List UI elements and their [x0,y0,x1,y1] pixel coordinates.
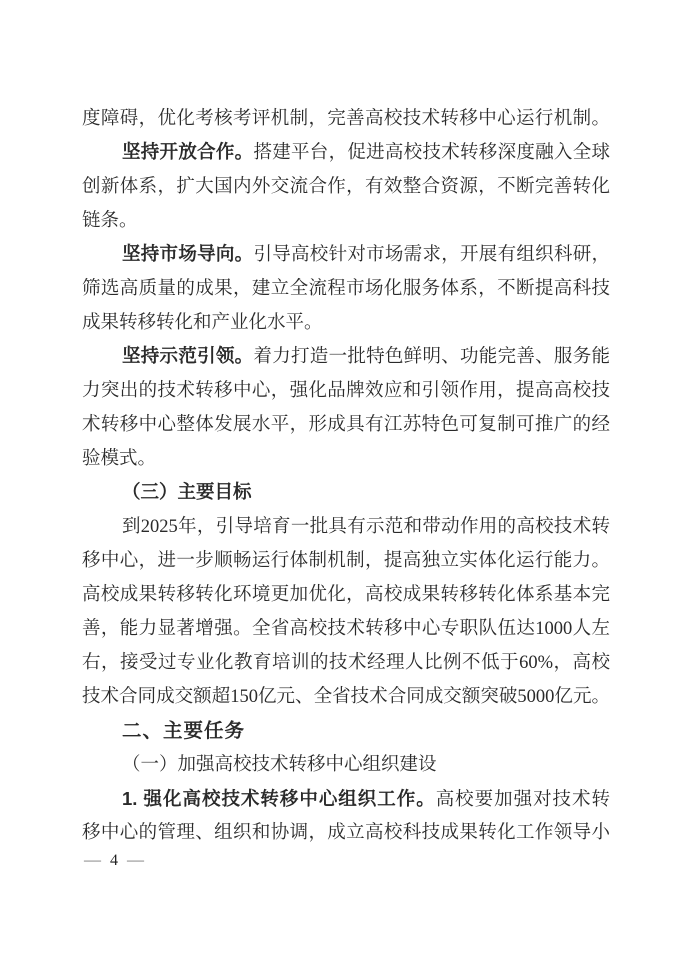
line-text: 善，能力显著增强。全省高校技术转移中心专职队伍达1000人左 [82,619,610,639]
paragraph-lead-demonstration: 坚持示范引领。 [122,347,253,367]
body-line: 创新体系，扩大国内外交流合作，有效整合资源，不断完善转化 [82,170,610,204]
task-1-lead: 1. 强化高校技术转移中心组织工作。 [122,788,436,809]
heading-org-building: （一）加强高校技术转移中心组织建设 [82,748,610,782]
body-line: 右，接受过专业化教育培训的技术经理人比例不低于60%，高校 [82,646,610,680]
body-line: 移中心的管理、组织和协调，成立高校科技成果转化工作领导小 [82,816,610,850]
line-text: 着力打造一批特色鲜明、功能完善、服务能 [253,347,610,367]
line-text: 搭建平台，促进高校技术转移深度融入全球 [253,143,610,163]
line-text: 移中心，进一步顺畅运行体制机制，提高独立实体化运行能力。 [82,551,610,571]
line-text: 度障碍，优化考核考评机制，完善高校技术转移中心运行机制。 [82,109,610,129]
line-text: 链条。 [82,211,138,231]
page-number: —4— [84,848,144,872]
page-number-right-dash: — [127,850,144,869]
heading-main-goals: （三）主要目标 [82,476,610,510]
line-text: 右，接受过专业化教育培训的技术经理人比例不低于60%，高校 [82,653,610,673]
page-number-left-dash: — [84,850,101,869]
body-line: 到2025年，引导培育一批具有示范和带动作用的高校技术转 [82,510,610,544]
line-text: 术转移中心整体发展水平，形成具有江苏特色可复制可推广的经 [82,415,610,435]
line-text: 创新体系，扩大国内外交流合作，有效整合资源，不断完善转化 [82,177,610,197]
body-line: 善，能力显著增强。全省高校技术转移中心专职队伍达1000人左 [82,612,610,646]
line-text: 力突出的技术转移中心，强化品牌效应和引领作用，提高高校技 [82,381,610,401]
body-line: 坚持示范引领。着力打造一批特色鲜明、功能完善、服务能 [82,340,610,374]
heading-text: （一）加强高校技术转移中心组织建设 [122,755,437,775]
body-line: 力突出的技术转移中心，强化品牌效应和引领作用，提高高校技 [82,374,610,408]
body-line: 高校成果转移转化环境更加优化，高校成果转移转化体系基本完 [82,578,610,612]
body-line: 移中心，进一步顺畅运行体制机制，提高独立实体化运行能力。 [82,544,610,578]
line-text: 筛选高质量的成果，建立全流程市场化服务体系，不断提高科技 [82,279,610,299]
line-text: 到2025年，引导培育一批具有示范和带动作用的高校技术转 [122,517,610,537]
task-1-line: 1. 强化高校技术转移中心组织工作。高校要加强对技术转 [82,782,610,816]
body-line: 坚持市场导向。引导高校针对市场需求，开展有组织科研， [82,238,610,272]
body-line: 坚持开放合作。搭建平台，促进高校技术转移深度融入全球 [82,136,610,170]
body-line: 术转移中心整体发展水平，形成具有江苏特色可复制可推广的经 [82,408,610,442]
line-text: 引导高校针对市场需求，开展有组织科研， [253,245,610,265]
body-line: 筛选高质量的成果，建立全流程市场化服务体系，不断提高科技 [82,272,610,306]
body-line: 验模式。 [82,442,610,476]
line-text: 高校成果转移转化环境更加优化，高校成果转移转化体系基本完 [82,585,610,605]
line-text: 移中心的管理、组织和协调，成立高校科技成果转化工作领导小 [82,823,610,843]
line-text: 成果转移转化和产业化水平。 [82,313,323,333]
line-text: 高校要加强对技术转 [436,790,610,810]
line-text: 验模式。 [82,449,156,469]
body-line: 技术合同成交额超150亿元、全省技术合同成交额突破5000亿元。 [82,680,610,714]
body-line: 链条。 [82,204,610,238]
heading-major-tasks: 二、主要任务 [82,714,610,748]
line-text: 技术合同成交额超150亿元、全省技术合同成交额突破5000亿元。 [82,687,610,707]
paragraph-lead-open-cooperation: 坚持开放合作。 [122,143,253,163]
page-number-value: 4 [110,852,118,869]
body-line: 度障碍，优化考核考评机制，完善高校技术转移中心运行机制。 [82,102,610,136]
body-line: 成果转移转化和产业化水平。 [82,306,610,340]
heading-text: （三）主要目标 [122,483,252,503]
text-block: 度障碍，优化考核考评机制，完善高校技术转移中心运行机制。 坚持开放合作。搭建平台… [82,102,610,850]
heading-text: 二、主要任务 [122,720,245,742]
paragraph-lead-market-orientation: 坚持市场导向。 [122,245,253,265]
document-page: 度障碍，优化考核考评机制，完善高校技术转移中心运行机制。 坚持开放合作。搭建平台… [0,0,680,962]
